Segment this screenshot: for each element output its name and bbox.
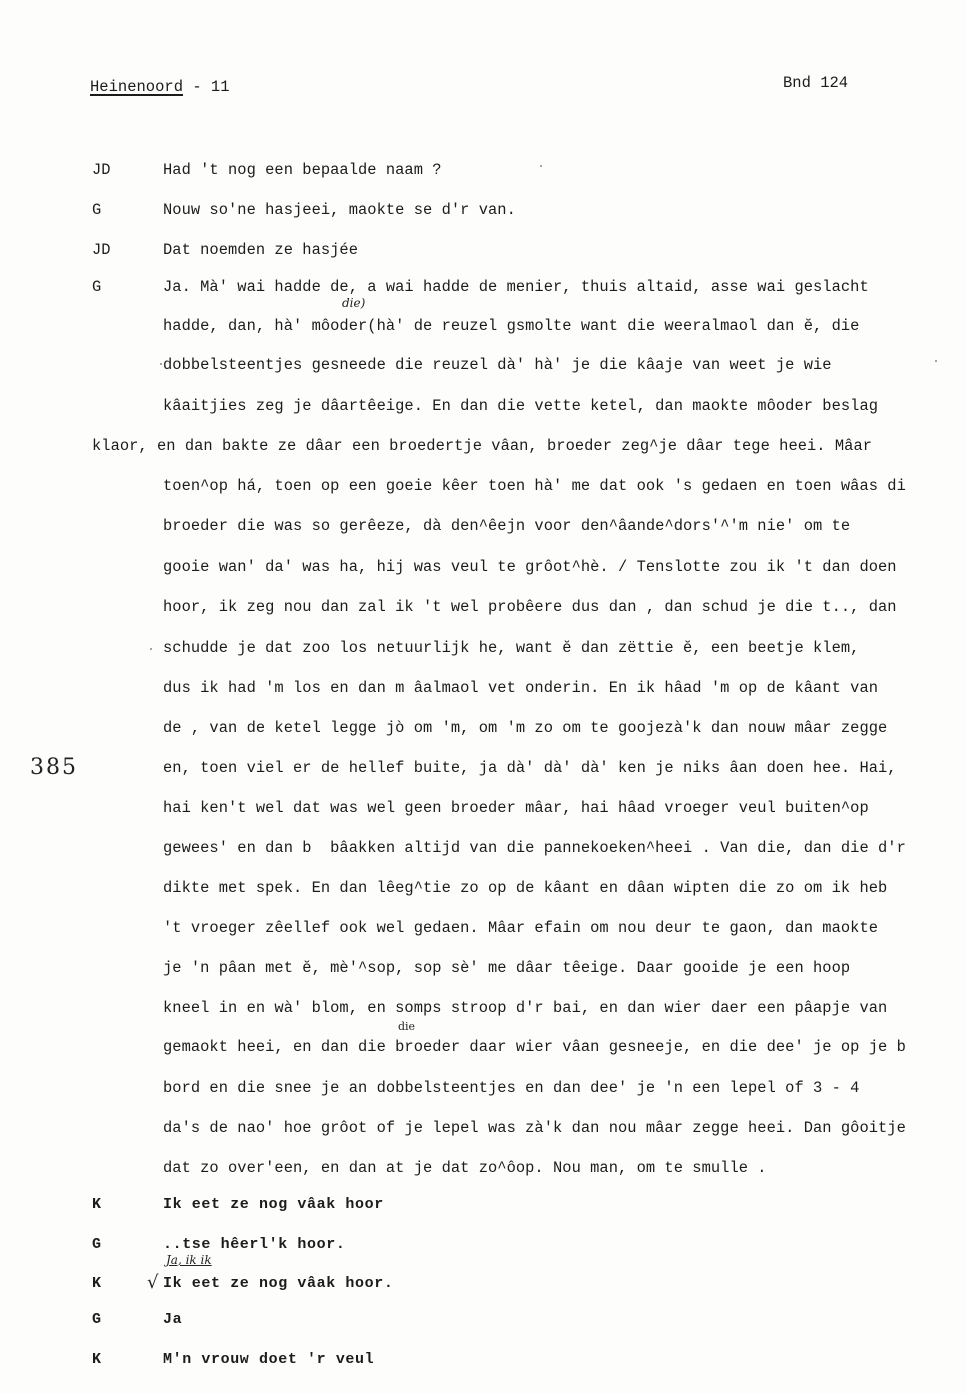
page-number: - 11	[183, 78, 230, 96]
utterance-line: Ja. Mà' wai hadde de, a wai hadde de men…	[163, 277, 869, 297]
utterance-line: schudde je dat zoo los netuurlijk he, wa…	[163, 638, 859, 658]
utterance-line: Ik eet ze nog vâak hoor	[163, 1195, 384, 1215]
utterance-line: hadde, dan, hà' môoder(hà' de reuzel gsm…	[163, 316, 859, 336]
speaker-label: G	[92, 1235, 102, 1255]
utterance-line: dobbelsteentjes gesneede die reuzel dà' …	[163, 355, 832, 375]
utterance-line: Ja	[163, 1310, 182, 1330]
utterance-line: toen^op há, toen op een goeie kêer toen …	[163, 476, 906, 496]
handwritten-tape-counter: 385	[30, 755, 78, 780]
scan-speck	[160, 363, 162, 365]
utterance-line: gemaokt heei, en dan die broeder daar wi…	[163, 1037, 906, 1057]
handwritten-insertion: die)	[342, 296, 365, 310]
utterance-line: de , van de ketel legge jò om 'm, om 'm …	[163, 718, 887, 738]
utterance-line: hoor, ik zeg nou dan zal ik 't wel probê…	[163, 597, 897, 617]
utterance-line: 't vroeger zêellef ook wel gedaen. Mâar …	[163, 918, 878, 938]
utterance-line: Dat noemden ze hasjée	[163, 240, 358, 260]
speaker-label: JD	[92, 240, 110, 260]
utterance-line: dikte met spek. En dan lêeg^tie zo op de…	[163, 878, 887, 898]
scan-speck	[540, 165, 542, 167]
utterance-line: en, toen viel er de hellef buite, ja dà'…	[163, 758, 897, 778]
scan-speck	[935, 360, 937, 362]
utterance-line: M'n vrouw doet 'r veul	[163, 1350, 374, 1370]
utterance-line: gewees' en dan b bâakken altijd van die …	[163, 838, 906, 858]
utterance-line: Nouw so'ne hasjeei, maokte se d'r van.	[163, 200, 516, 220]
speaker-label: G	[92, 277, 101, 297]
utterance-line: Had 't nog een bepaalde naam ?	[163, 160, 442, 180]
page-header-left: Heinenoord - 11	[90, 78, 230, 96]
speaker-label: K	[92, 1195, 102, 1215]
utterance-line: dus ik had 'm los en dan m âalmaol vet o…	[163, 678, 878, 698]
utterance-line: Ik eet ze nog vâak hoor.	[163, 1274, 393, 1294]
tape-number: Bnd 124	[783, 74, 848, 92]
handwritten-insertion: Ja, ik ik	[166, 1253, 212, 1267]
place-name: Heinenoord	[90, 78, 183, 96]
utterance-line: klaor, en dan bakte ze dâar een broedert…	[92, 436, 872, 456]
speaker-label: G	[92, 1310, 102, 1330]
speaker-label: JD	[92, 160, 110, 180]
utterance-line: hai ken't wel dat was wel geen broeder m…	[163, 798, 869, 818]
utterance-line: bord en die snee je an dobbelsteentjes e…	[163, 1078, 859, 1098]
utterance-line: da's de nao' hoe grôot of je lepel was z…	[163, 1118, 906, 1138]
utterance-line: broeder die was so gerêeze, dà den^êejn …	[163, 516, 850, 536]
utterance-line: gooie wan' da' was ha, hij was veul te g…	[163, 557, 897, 577]
speaker-label: K	[92, 1274, 102, 1294]
speaker-label: G	[92, 200, 101, 220]
utterance-line: kâaitjies zeg je dâartêeige. En dan die …	[163, 396, 878, 416]
utterance-line: kneel in en wà' blom, en somps stroop d'…	[163, 998, 887, 1018]
check-mark-icon: √	[147, 1272, 158, 1293]
scan-speck	[150, 648, 152, 650]
utterance-line: dat zo over'een, en dan at je dat zo^ôop…	[163, 1158, 767, 1178]
transcript-page: Heinenoord - 11 Bnd 124 JD Had 't nog ee…	[0, 0, 966, 1394]
handwritten-insertion: die	[398, 1020, 415, 1033]
utterance-line: je 'n pâan met ĕ, mè'^sop, sop sè' me dâ…	[163, 958, 850, 978]
utterance-line: ..tse hêerl'k hoor.	[163, 1235, 345, 1255]
speaker-label: K	[92, 1350, 102, 1370]
